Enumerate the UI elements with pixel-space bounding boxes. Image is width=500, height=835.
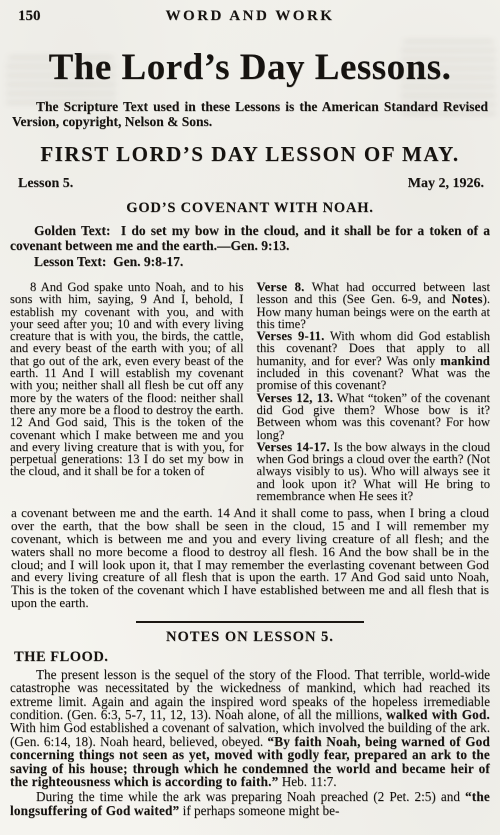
section-divider-rule xyxy=(136,621,364,623)
questions-column: Verse 8. What had occurred between last … xyxy=(257,281,491,502)
lesson-text-label: Lesson Text: xyxy=(34,254,106,269)
scripture-verses-8-13: 8 And God spake unto Noah, and to his so… xyxy=(10,281,244,478)
notes-heading: NOTES ON LESSON 5. xyxy=(10,629,490,646)
scripture-verses-14-17: a covenant between me and the earth. 14 … xyxy=(10,507,490,609)
notes-subheading-the-flood: THE FLOOD. xyxy=(10,649,490,666)
lesson-number: Lesson 5. xyxy=(18,176,73,192)
lesson-date: May 2, 1926. xyxy=(408,176,484,192)
masthead: 150 WORD AND WORK xyxy=(10,8,490,30)
golden-text-label: Golden Text: xyxy=(34,223,110,238)
page-number: 150 xyxy=(18,8,41,25)
lesson-title: GOD’S COVENANT WITH NOAH. xyxy=(10,200,490,217)
lesson-text: Lesson Text: Gen. 9:8-17. xyxy=(10,254,490,270)
journal-title: WORD AND WORK xyxy=(10,8,490,25)
section-heading: FIRST LORD’S DAY LESSON OF MAY. xyxy=(10,142,490,167)
notes-paragraph-2: During the time while the ark was prepar… xyxy=(10,790,490,817)
question-verses-9-11: Verses 9-11. With whom did God establish… xyxy=(257,330,491,391)
scripture-version-note: The Scripture Text used in these Lessons… xyxy=(10,99,490,129)
question-verse-8: Verse 8. What had occurred between last … xyxy=(257,281,491,330)
golden-text: Golden Text: I do set my bow in the clou… xyxy=(10,224,490,253)
question-verses-14-17: Verses 14-17. Is the bow always in the c… xyxy=(257,441,491,502)
scripture-column: 8 And God spake unto Noah, and to his so… xyxy=(10,281,244,502)
page-title: The Lord’s Day Lessons. xyxy=(10,46,490,89)
notes-paragraph-1: The present lesson is the sequel of the … xyxy=(10,668,490,789)
two-column-section: 8 And God spake unto Noah, and to his so… xyxy=(10,281,490,502)
lesson-meta-row: Lesson 5. May 2, 1926. xyxy=(10,176,490,192)
scanned-page: 150 WORD AND WORK The Lord’s Day Lessons… xyxy=(0,0,500,817)
lesson-text-value: Gen. 9:8-17. xyxy=(113,254,183,269)
question-verses-12-13: Verses 12, 13. What “token” of the coven… xyxy=(257,392,491,441)
